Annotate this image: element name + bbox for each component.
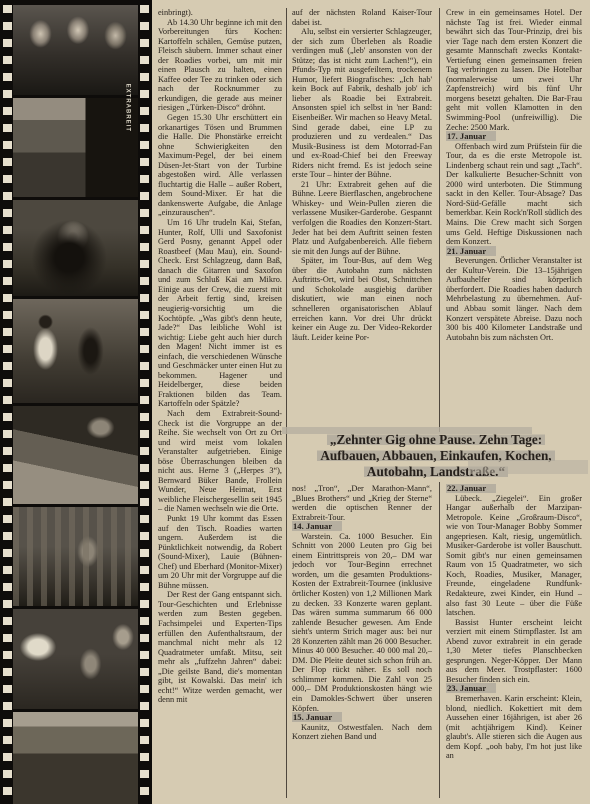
body-paragraph: Gegen 15.30 Uhr erschüttert ein orkanart…: [158, 113, 282, 218]
photo-band-members-portrait: [13, 5, 138, 95]
text-column-3-upper: Crew in ein gemeinsames Hotel. Der nächs…: [446, 8, 582, 434]
body-paragraph: Beverungen. Örtlicher Veranstalter ist d…: [446, 256, 582, 342]
pull-quote: „Zehnter Gig ohne Pause. Zehn Tage: Aufb…: [288, 432, 584, 482]
body-paragraph: einbringt).: [158, 8, 282, 18]
filmstrip-sprocket-holes-right: [140, 0, 149, 804]
date-heading: 22. Januar: [446, 484, 582, 494]
text-column-1: einbringt). Ab 14.30 Uhr beginne ich mit…: [158, 8, 282, 802]
body-paragraph: Alu, selbst ein versierter Schlagzeuger,…: [292, 27, 432, 180]
body-paragraph: Später, im Tour-Bus, auf dem Weg über di…: [292, 256, 432, 342]
text-column-3-lower: 22. Januar Lübeck. „Ziegelei“. Ein große…: [446, 484, 582, 802]
body-paragraph: auf der nächsten Roland Kaiser-Tour dabe…: [292, 8, 432, 27]
body-paragraph: Warstein. Ca. 1000 Besucher. Ein Schnitt…: [292, 532, 432, 713]
magazine-page: EXTRABREIT einbringt). Ab 14.30 Uhr begi…: [0, 0, 590, 804]
pull-quote-line: „Zehnter Gig ohne Pause. Zehn Tage:: [327, 432, 545, 447]
flightcase-label: EXTRABREIT: [124, 84, 130, 132]
photo-roadie-crouching-at-case: [13, 200, 138, 296]
body-paragraph: Um 16 Uhr trudeln Kai, Stefan, Hunter, R…: [158, 218, 282, 409]
body-paragraph: Bassist Hunter erscheint leicht verziert…: [446, 618, 582, 685]
highlight-smear: [282, 427, 532, 434]
body-paragraph: Nach dem Extrabreit-Sound-Check ist die …: [158, 409, 282, 514]
body-paragraph: nos! „Tron“, „Der Marathon-Mann“, „Blues…: [292, 484, 432, 522]
text-column-2-upper: auf der nächsten Roland Kaiser-Tour dabe…: [292, 8, 432, 434]
body-paragraph: Ab 14.30 Uhr beginne ich mit den Vorbere…: [158, 18, 282, 113]
column-divider: [439, 8, 440, 798]
body-paragraph: Crew in ein gemeinsames Hotel. Der nächs…: [446, 8, 582, 132]
photo-woman-and-roadie-at-lighting-rig: [13, 299, 138, 403]
body-paragraph: 21 Uhr: Extrabreit gehen auf die Bühne. …: [292, 180, 432, 256]
photo-crew-on-stage-scaffold: [13, 507, 138, 606]
body-paragraph: Lübeck. „Ziegelei“. Ein großer Hangar au…: [446, 494, 582, 618]
body-paragraph: Kaunitz, Ostwestfalen. Nach dem Konzert …: [292, 723, 432, 742]
filmstrip: EXTRABREIT: [0, 0, 152, 804]
body-paragraph: Bremerhaven. Karin erscheint: Klein, blo…: [446, 694, 582, 761]
date-heading: 17. Januar: [446, 132, 582, 142]
date-heading: 15. Januar: [292, 713, 432, 723]
body-paragraph: Punkt 19 Uhr kommt das Essen auf den Tis…: [158, 514, 282, 590]
date-heading: 23. Januar: [446, 684, 582, 694]
date-heading: 14. Januar: [292, 522, 432, 532]
filmstrip-sprocket-holes-left: [3, 0, 12, 804]
body-paragraph: Der Rest der Gang entspannt sich. Tour-G…: [158, 590, 282, 705]
photo-equipment-flightcases: EXTRABREIT: [13, 98, 138, 197]
photo-engineer-at-mixing-console: [13, 406, 138, 504]
highlight-smear: [468, 460, 588, 474]
photo-stage-wide-shot: [13, 712, 138, 804]
column-divider: [286, 8, 287, 798]
date-heading: 21. Januar: [446, 247, 582, 257]
body-paragraph: Offenbach wird zum Prüfstein für die Tou…: [446, 142, 582, 247]
photo-crew-watching-video-monitor: [13, 609, 138, 709]
text-column-2-lower: nos! „Tron“, „Der Marathon-Mann“, „Blues…: [292, 484, 432, 802]
